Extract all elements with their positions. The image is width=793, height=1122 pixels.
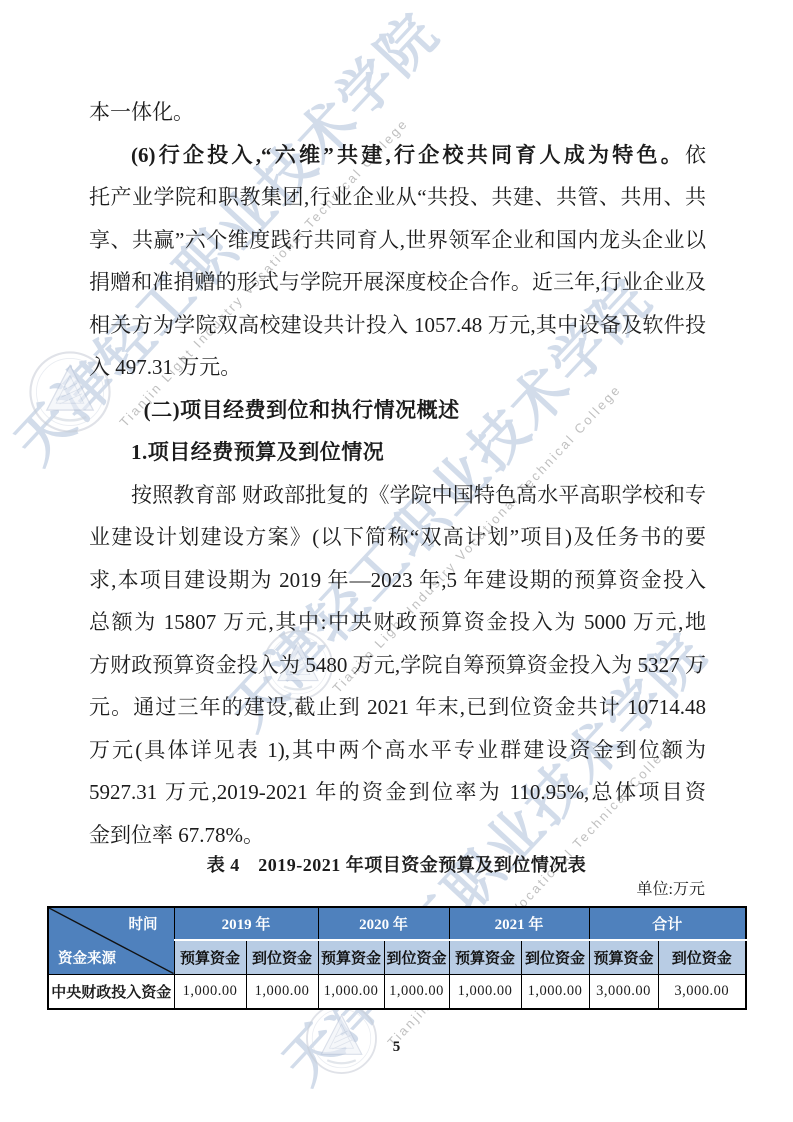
cell-value: 3,000.00 <box>658 974 746 1009</box>
body-line: 5927.31 万元,2019-2021 年的资金到位率为 110.95%,总体… <box>89 771 706 814</box>
body-line-text: 依 <box>685 143 706 167</box>
funding-table: 时间 资金来源 2019 年 2020 年 2021 年 合计 预算资金 到位资… <box>47 906 747 1010</box>
year-header-total: 合计 <box>589 907 746 940</box>
body-line: 本一体化。 <box>89 91 706 134</box>
body-line: 总额为 15807 万元,其中:中央财政预算资金投入为 5000 万元,地 <box>89 601 706 644</box>
subheader-budget: 预算资金 <box>449 940 521 974</box>
subsection-heading: 1.项目经费预算及到位情况 <box>89 431 706 474</box>
body-line: 方财政预算资金投入为 5480 万元,学院自筹预算资金投入为 5327 万 <box>89 644 706 687</box>
subheader-arrived: 到位资金 <box>521 940 589 974</box>
body-line: 托产业学院和职教集团,行业企业从“共投、共建、共管、共用、共 <box>89 176 706 219</box>
corner-label-time: 时间 <box>129 913 158 934</box>
subheader-budget: 预算资金 <box>589 940 658 974</box>
subheader-budget: 预算资金 <box>174 940 246 974</box>
cell-value: 1,000.00 <box>521 974 589 1009</box>
page-number: 5 <box>0 1039 793 1056</box>
body-line: 入 497.31 万元。 <box>89 346 706 389</box>
cell-value: 1,000.00 <box>246 974 318 1009</box>
cell-value: 1,000.00 <box>449 974 521 1009</box>
body-line: 捐赠和准捐赠的形式与学院开展深度校企合作。近三年,行业企业及 <box>89 261 706 304</box>
cell-value: 1,000.00 <box>174 974 246 1009</box>
body-line: 万元(具体详见表 1),其中两个高水平专业群建设资金到位额为 <box>89 729 706 772</box>
subheader-arrived: 到位资金 <box>658 940 746 974</box>
table-corner-cell: 时间 资金来源 <box>48 907 174 974</box>
body-line: 相关方为学院双高校建设共计投入 1057.48 万元,其中设备及软件投 <box>89 304 706 347</box>
cell-value: 1,000.00 <box>318 974 384 1009</box>
table-row: 中央财政投入资金 1,000.00 1,000.00 1,000.00 1,00… <box>48 974 746 1009</box>
year-header-2020: 2020 年 <box>318 907 449 940</box>
body-line: 元。通过三年的建设,截止到 2021 年末,已到位资金共计 10714.48 <box>89 686 706 729</box>
body-line: 业建设计划建设方案》(以下简称“双高计划”项目)及任务书的要 <box>89 516 706 559</box>
subheader-arrived: 到位资金 <box>246 940 318 974</box>
cell-value: 1,000.00 <box>384 974 449 1009</box>
subheader-budget: 预算资金 <box>318 940 384 974</box>
table-title: 表 4 2019-2021 年项目资金预算及到位情况表 <box>0 851 793 877</box>
body-line: 金到位率 67.78%。 <box>89 814 706 857</box>
corner-label-source: 资金来源 <box>58 947 116 968</box>
document-page: 天津轻工职业技术学院 Tianjin Light Industry Vocati… <box>0 0 793 1122</box>
body-text: 本一体化。 (6)行企投入,“六维”共建,行企校共同育人成为特色。依 托产业学院… <box>89 91 706 856</box>
body-line: 享、共赢”六个维度践行共同育人,世界领军企业和国内龙头企业以 <box>89 219 706 262</box>
body-line: 求,本项目建设期为 2019 年—2023 年,5 年建设期的预算资金投入 <box>89 559 706 602</box>
year-header-2019: 2019 年 <box>174 907 318 940</box>
row-label: 中央财政投入资金 <box>48 974 174 1009</box>
body-line: 按照教育部 财政部批复的《学院中国特色高水平高职学校和专 <box>89 474 706 517</box>
body-line: (6)行企投入,“六维”共建,行企校共同育人成为特色。依 <box>89 134 706 177</box>
section-heading: (二)项目经费到位和执行情况概述 <box>89 389 706 432</box>
cell-value: 3,000.00 <box>589 974 658 1009</box>
table-unit-label: 单位:万元 <box>47 876 745 899</box>
body-line-bold-lead: (6)行企投入,“六维”共建,行企校共同育人成为特色。 <box>131 143 685 167</box>
subheader-arrived: 到位资金 <box>384 940 449 974</box>
year-header-2021: 2021 年 <box>449 907 589 940</box>
